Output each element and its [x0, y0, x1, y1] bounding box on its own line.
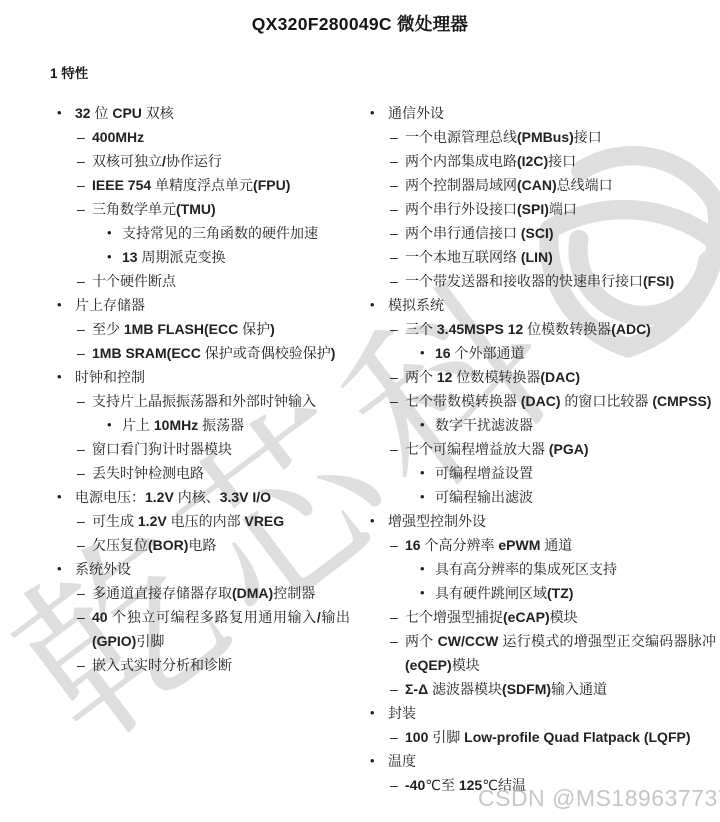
bullet-marker-icon: • [370, 293, 375, 317]
list-item-text: 七个带数模转换器 (DAC) 的窗口比较器 (CMPSS) [405, 393, 711, 409]
list-item: –一个电源管理总线(PMBus)接口 [363, 125, 716, 149]
list-item-text: 模拟系统 [388, 297, 444, 313]
dash-marker-icon: – [77, 437, 85, 461]
features-columns: •32 位 CPU 双核–400MHz–双核可独立/协作运行–IEEE 754 … [0, 101, 720, 797]
list-item-text: 两个串行通信接口 (SCI) [405, 225, 554, 241]
bullet-marker-icon: • [107, 245, 112, 269]
bullet-marker-icon: • [370, 509, 375, 533]
list-item: •电源电压：1.2V 内核、3.3V I/O [50, 485, 350, 509]
list-item: –一个本地互联网络 (LIN) [363, 245, 716, 269]
dash-marker-icon: – [77, 149, 85, 173]
list-item-text: 100 引脚 Low-profile Quad Flatpack (LQFP) [405, 729, 691, 745]
list-item: –七个增强型捕捉(eCAP)模块 [363, 605, 716, 629]
list-item: •16 个外部通道 [363, 341, 716, 365]
bullet-marker-icon: • [107, 221, 112, 245]
list-item-text: 具有高分辨率的集成死区支持 [435, 561, 617, 577]
list-item-text: 支持常见的三角函数的硬件加速 [122, 225, 318, 241]
list-item: –丢失时钟检测电路 [50, 461, 350, 485]
list-item-text: 窗口看门狗计时器模块 [92, 441, 232, 457]
list-item-text: 增强型控制外设 [388, 513, 486, 529]
list-item: •封装 [363, 701, 716, 725]
bullet-marker-icon: • [370, 749, 375, 773]
list-item: •增强型控制外设 [363, 509, 716, 533]
dash-marker-icon: – [390, 605, 398, 629]
list-item-text: 1MB SRAM(ECC 保护或奇偶校验保护) [92, 345, 335, 361]
list-item: –16 个高分辨率 ePWM 通道 [363, 533, 716, 557]
dash-marker-icon: – [390, 773, 398, 797]
dash-marker-icon: – [77, 581, 85, 605]
list-item-text: 可编程增益设置 [435, 465, 533, 481]
list-item-text: 两个控制器局域网(CAN)总线端口 [405, 177, 613, 193]
list-item: –40 个独立可编程多路复用通用输入/输出(GPIO)引脚 [50, 605, 350, 653]
dash-marker-icon: – [77, 653, 85, 677]
list-item-text: 具有硬件跳闸区域(TZ) [435, 585, 573, 601]
list-item: –窗口看门狗计时器模块 [50, 437, 350, 461]
dash-marker-icon: – [390, 317, 398, 341]
list-item-text: Σ-Δ 滤波器模块(SDFM)输入通道 [405, 681, 607, 697]
features-column-right: •通信外设–一个电源管理总线(PMBus)接口–两个内部集成电路(I2C)接口–… [363, 101, 716, 797]
list-item-text: 七个可编程增益放大器 (PGA) [405, 441, 589, 457]
list-item: –七个带数模转换器 (DAC) 的窗口比较器 (CMPSS) [363, 389, 716, 413]
list-item: –两个 12 位数模转换器(DAC) [363, 365, 716, 389]
list-item: –七个可编程增益放大器 (PGA) [363, 437, 716, 461]
list-item: •可编程增益设置 [363, 461, 716, 485]
list-item-text: 16 个高分辨率 ePWM 通道 [405, 537, 572, 553]
list-item: –三角数学单元(TMU) [50, 197, 350, 221]
dash-marker-icon: – [77, 509, 85, 533]
dash-marker-icon: – [390, 437, 398, 461]
dash-marker-icon: – [390, 677, 398, 701]
dash-marker-icon: – [77, 389, 85, 413]
list-item: •具有硬件跳闸区域(TZ) [363, 581, 716, 605]
dash-marker-icon: – [390, 365, 398, 389]
list-item-text: 两个 12 位数模转换器(DAC) [405, 369, 580, 385]
list-item-text: 一个本地互联网络 (LIN) [405, 249, 553, 265]
list-item-text: 16 个外部通道 [435, 345, 524, 361]
list-item: –欠压复位(BOR)电路 [50, 533, 350, 557]
list-item-text: 系统外设 [75, 561, 131, 577]
bullet-marker-icon: • [370, 101, 375, 125]
list-item-text: 时钟和控制 [75, 369, 145, 385]
list-item-text: 十个硬件断点 [92, 273, 176, 289]
dash-marker-icon: – [390, 149, 398, 173]
dash-marker-icon: – [390, 125, 398, 149]
list-item-text: 多通道直接存储器存取(DMA)控制器 [92, 585, 315, 601]
list-item-text: 通信外设 [388, 105, 444, 121]
page-title: QX320F280049C 微处理器 [0, 11, 720, 36]
dash-marker-icon: – [77, 197, 85, 221]
dash-marker-icon: – [390, 221, 398, 245]
bullet-marker-icon: • [57, 101, 62, 125]
dash-marker-icon: – [77, 125, 85, 149]
list-item-text: 40 个独立可编程多路复用通用输入/输出(GPIO)引脚 [92, 609, 350, 649]
list-item-text: 两个 CW/CCW 运行模式的增强型正交编码器脉冲(eQEP)模块 [405, 633, 716, 673]
bullet-marker-icon: • [57, 485, 62, 509]
list-item-text: 封装 [388, 705, 416, 721]
list-item: –两个串行通信接口 (SCI) [363, 221, 716, 245]
list-item-text: 一个电源管理总线(PMBus)接口 [405, 129, 602, 145]
list-item: •片上存储器 [50, 293, 350, 317]
list-item-text: 三个 3.45MSPS 12 位模数转换器(ADC) [405, 321, 651, 337]
bullet-marker-icon: • [57, 293, 62, 317]
list-item: •时钟和控制 [50, 365, 350, 389]
list-item: •具有高分辨率的集成死区支持 [363, 557, 716, 581]
bullet-marker-icon: • [420, 413, 425, 437]
list-item: •系统外设 [50, 557, 350, 581]
list-item: •13 周期派克变换 [50, 245, 350, 269]
list-item-text: 七个增强型捕捉(eCAP)模块 [405, 609, 578, 625]
list-item-text: 三角数学单元(TMU) [92, 201, 216, 217]
list-item-text: 数字干扰滤波器 [435, 417, 533, 433]
features-column-left: •32 位 CPU 双核–400MHz–双核可独立/协作运行–IEEE 754 … [50, 101, 350, 797]
list-item: •可编程输出滤波 [363, 485, 716, 509]
list-item: –400MHz [50, 125, 350, 149]
list-item: –至少 1MB FLASH(ECC 保护) [50, 317, 350, 341]
list-item: –十个硬件断点 [50, 269, 350, 293]
list-item: •数字干扰滤波器 [363, 413, 716, 437]
list-item-text: 双核可独立/协作运行 [92, 153, 222, 169]
list-item: –-40℃至 125℃结温 [363, 773, 716, 797]
dash-marker-icon: – [77, 605, 85, 629]
list-item: •通信外设 [363, 101, 716, 125]
dash-marker-icon: – [390, 173, 398, 197]
list-item: •片上 10MHz 振荡器 [50, 413, 350, 437]
list-item: –两个 CW/CCW 运行模式的增强型正交编码器脉冲(eQEP)模块 [363, 629, 716, 677]
list-item: –100 引脚 Low-profile Quad Flatpack (LQFP) [363, 725, 716, 749]
list-item: –两个串行外设接口(SPI)端口 [363, 197, 716, 221]
list-item-text: 400MHz [92, 129, 144, 145]
bullet-marker-icon: • [57, 557, 62, 581]
dash-marker-icon: – [390, 725, 398, 749]
dash-marker-icon: – [390, 269, 398, 293]
bullet-marker-icon: • [420, 485, 425, 509]
dash-marker-icon: – [77, 533, 85, 557]
list-item-text: 温度 [388, 753, 416, 769]
list-item-text: 嵌入式实时分析和诊断 [92, 657, 232, 673]
list-item-text: 片上存储器 [75, 297, 145, 313]
list-item-text: 至少 1MB FLASH(ECC 保护) [92, 321, 275, 337]
list-item: •32 位 CPU 双核 [50, 101, 350, 125]
list-item-text: 两个串行外设接口(SPI)端口 [405, 201, 577, 217]
list-item: –IEEE 754 单精度浮点单元(FPU) [50, 173, 350, 197]
list-item: –两个内部集成电路(I2C)接口 [363, 149, 716, 173]
list-item: –支持片上晶振振荡器和外部时钟输入 [50, 389, 350, 413]
bullet-marker-icon: • [57, 365, 62, 389]
dash-marker-icon: – [77, 341, 85, 365]
list-item-text: -40℃至 125℃结温 [405, 777, 526, 793]
dash-marker-icon: – [77, 317, 85, 341]
dash-marker-icon: – [77, 461, 85, 485]
list-item-text: 支持片上晶振振荡器和外部时钟输入 [92, 393, 316, 409]
list-item: •模拟系统 [363, 293, 716, 317]
list-item-text: 电源电压：1.2V 内核、3.3V I/O [75, 489, 271, 505]
list-item: –Σ-Δ 滤波器模块(SDFM)输入通道 [363, 677, 716, 701]
list-item-text: 欠压复位(BOR)电路 [92, 537, 216, 553]
list-item-text: 32 位 CPU 双核 [75, 105, 174, 121]
list-item: –双核可独立/协作运行 [50, 149, 350, 173]
section-heading: 1 特性 [50, 62, 88, 82]
bullet-marker-icon: • [420, 557, 425, 581]
bullet-marker-icon: • [420, 461, 425, 485]
dash-marker-icon: – [390, 197, 398, 221]
list-item: –多通道直接存储器存取(DMA)控制器 [50, 581, 350, 605]
dash-marker-icon: – [77, 269, 85, 293]
list-item-text: 可编程输出滤波 [435, 489, 533, 505]
list-item: –三个 3.45MSPS 12 位模数转换器(ADC) [363, 317, 716, 341]
list-item: –嵌入式实时分析和诊断 [50, 653, 350, 677]
datasheet-page: 乾芯科 QX320F280049C 微处理器 1 特性 •32 位 CPU 双核… [0, 0, 720, 822]
list-item: –两个控制器局域网(CAN)总线端口 [363, 173, 716, 197]
list-item: •支持常见的三角函数的硬件加速 [50, 221, 350, 245]
list-item: –可生成 1.2V 电压的内部 VREG [50, 509, 350, 533]
list-item-text: IEEE 754 单精度浮点单元(FPU) [92, 177, 290, 193]
dash-marker-icon: – [390, 629, 398, 653]
list-item-text: 片上 10MHz 振荡器 [122, 417, 244, 433]
list-item-text: 丢失时钟检测电路 [92, 465, 204, 481]
list-item: –一个带发送器和接收器的快速串行接口(FSI) [363, 269, 716, 293]
dash-marker-icon: – [390, 533, 398, 557]
list-item: –1MB SRAM(ECC 保护或奇偶校验保护) [50, 341, 350, 365]
list-item: •温度 [363, 749, 716, 773]
dash-marker-icon: – [390, 245, 398, 269]
bullet-marker-icon: • [420, 581, 425, 605]
list-item-text: 两个内部集成电路(I2C)接口 [405, 153, 576, 169]
list-item-text: 13 周期派克变换 [122, 249, 225, 265]
bullet-marker-icon: • [420, 341, 425, 365]
bullet-marker-icon: • [107, 413, 112, 437]
bullet-marker-icon: • [370, 701, 375, 725]
dash-marker-icon: – [390, 389, 398, 413]
list-item-text: 可生成 1.2V 电压的内部 VREG [92, 513, 284, 529]
list-item-text: 一个带发送器和接收器的快速串行接口(FSI) [405, 273, 674, 289]
dash-marker-icon: – [77, 173, 85, 197]
